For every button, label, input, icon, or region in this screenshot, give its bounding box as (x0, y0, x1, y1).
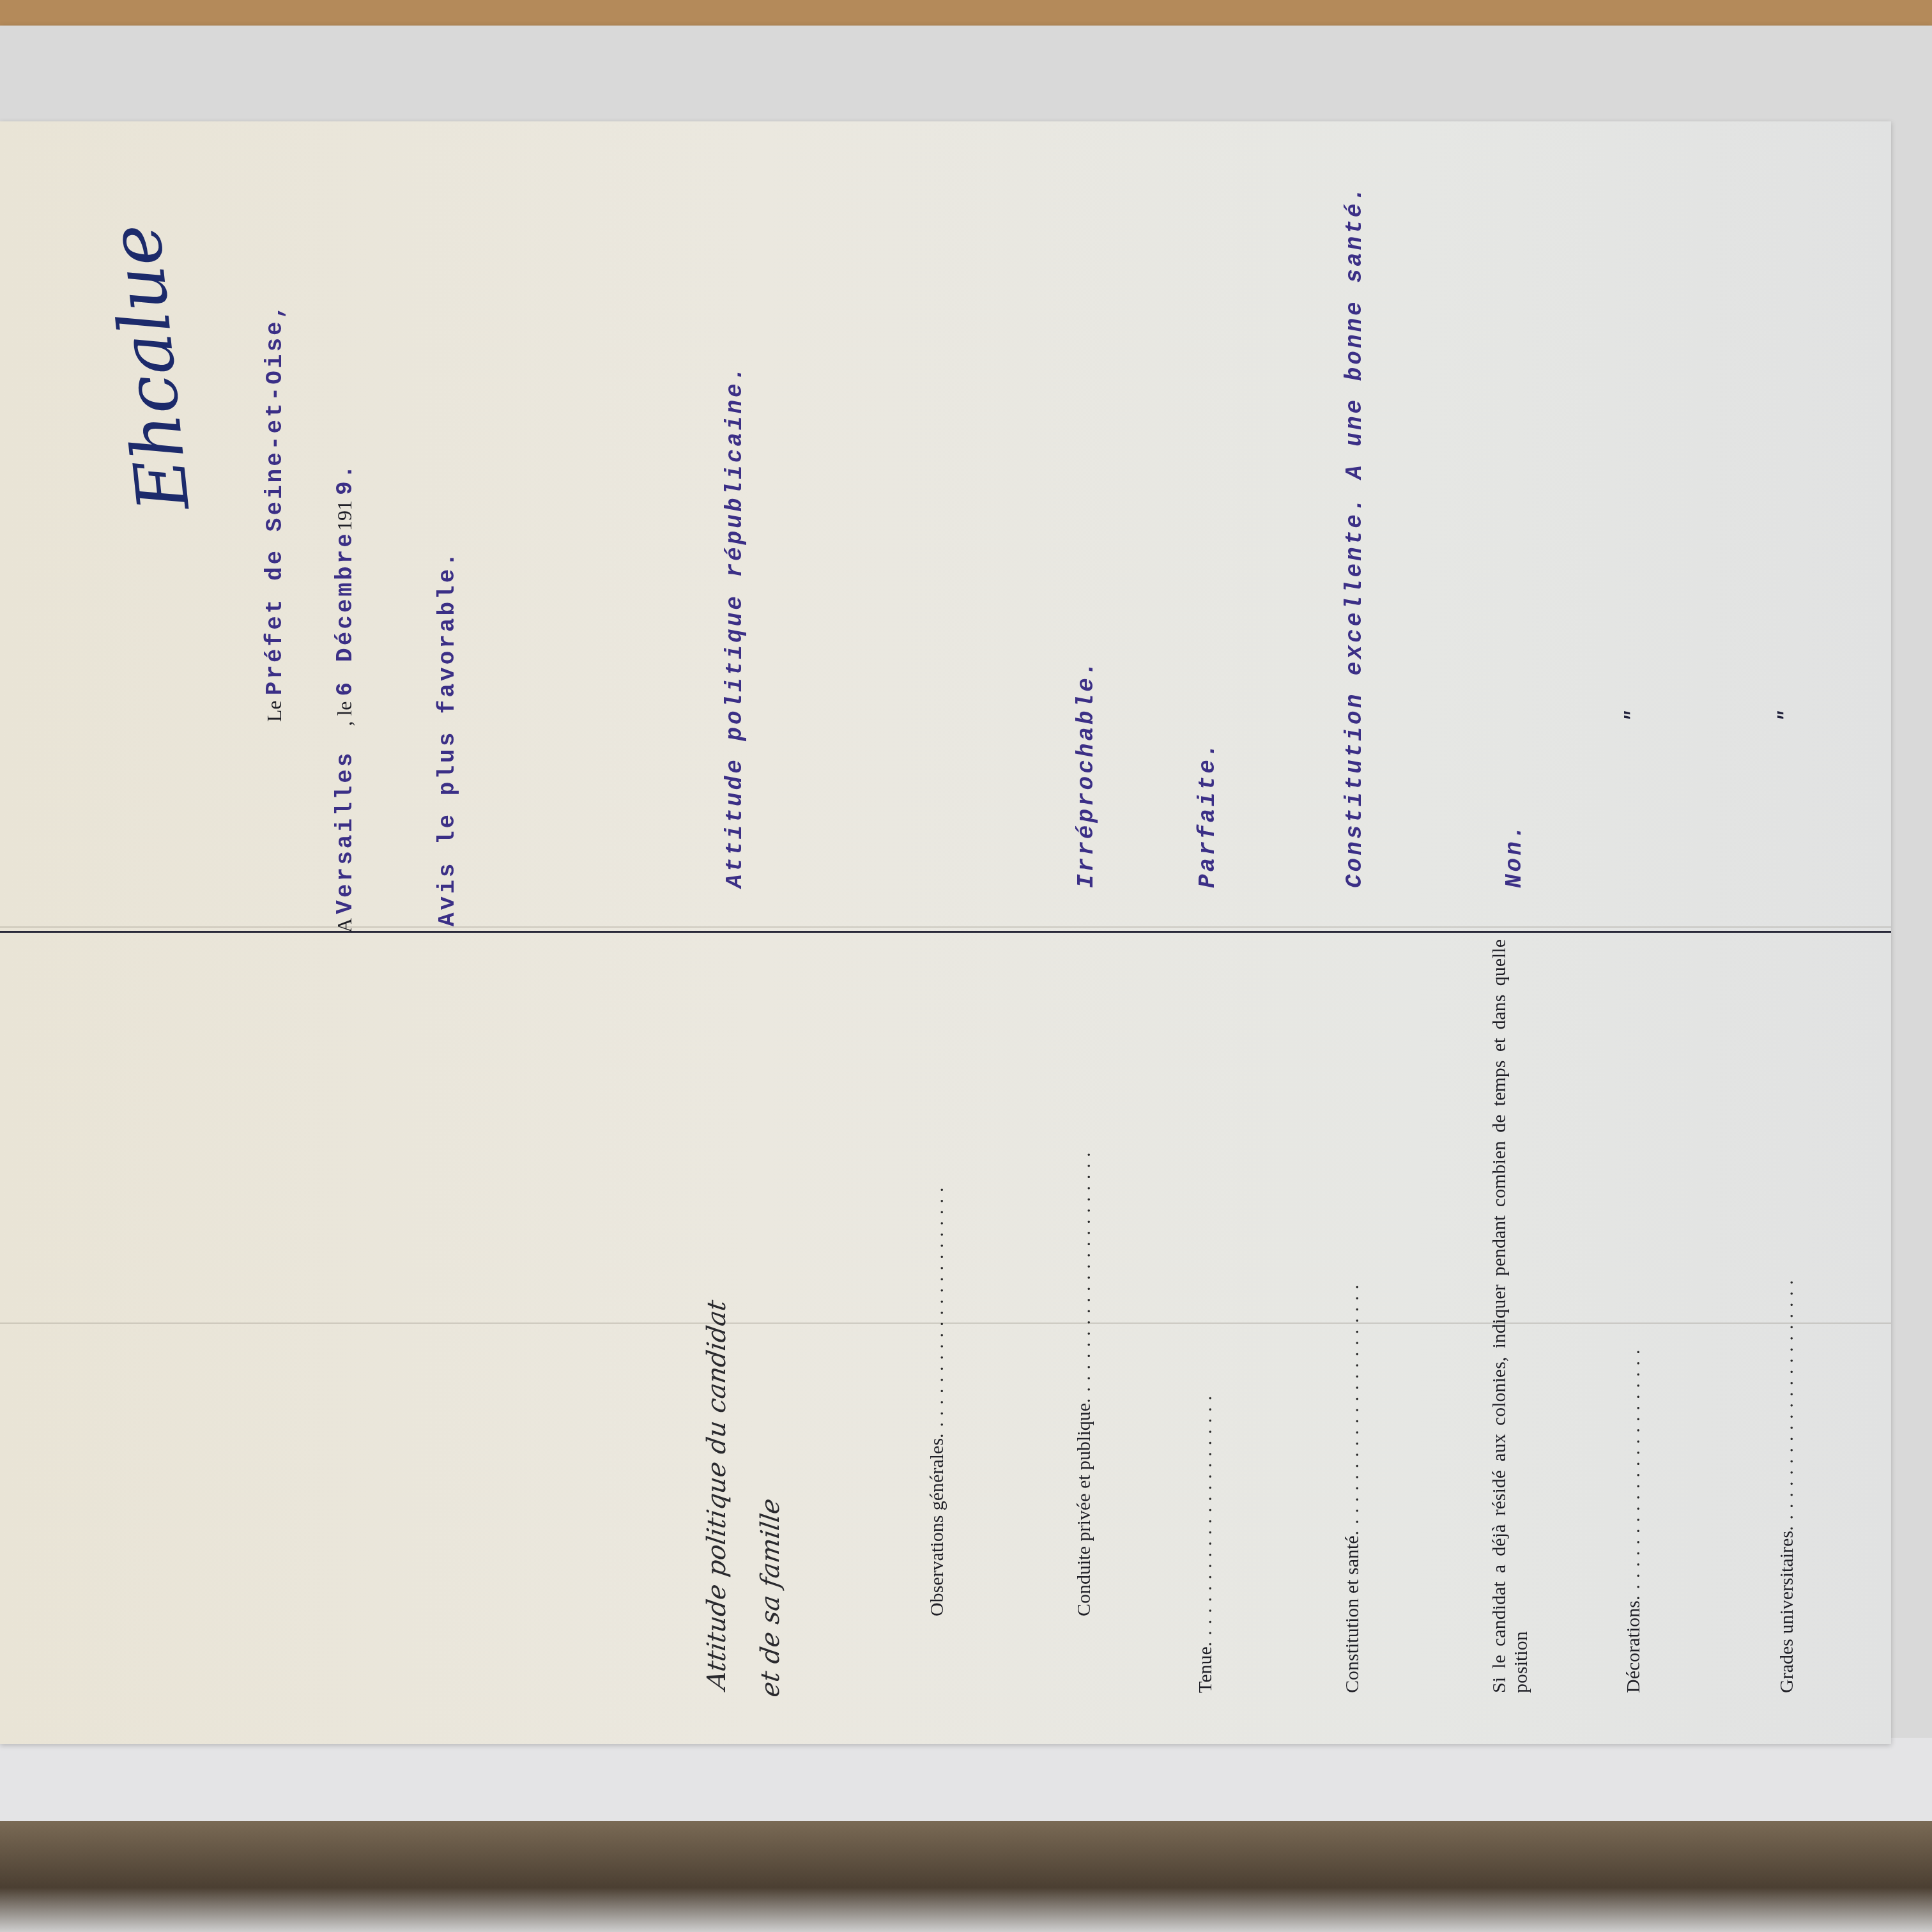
handwritten-note: Attitude politique du candidat et de sa … (690, 919, 797, 1701)
desk-shadow (0, 1821, 1932, 1932)
field-label: Grades universitaires...................… (1776, 939, 1798, 1693)
opinion-text: Avis le plus favorable. (434, 172, 461, 926)
field-value: Non. (1501, 134, 1528, 888)
field-label: Observations générales..................… (926, 862, 948, 1616)
political-attitude-value: Attitude politique républicaine. (722, 134, 748, 888)
field-label: Conduite privée et publique.............… (1073, 862, 1095, 1616)
field-label: Si le candidat a déjà résidé aux colonie… (1489, 939, 1532, 1693)
field-label: Tenue....................... (1195, 939, 1216, 1693)
signature: Ehcalue (94, 220, 205, 514)
field-value: Parfaite. (1195, 134, 1221, 888)
place-date-line: A Versailles , le 6 Décembre191 9. (332, 463, 358, 933)
field-label: Constitution et santé...................… (1342, 939, 1363, 1693)
field-value: " (1776, 0, 1798, 722)
field-value: Irréprochable. (1073, 134, 1100, 888)
background-sheet-lower (0, 1738, 1932, 1834)
rotated-page-content: Grades universitaires...................… (0, 121, 1891, 1744)
field-value: " (1623, 0, 1644, 722)
field-value: Constitution excellente. A une bonne san… (1342, 134, 1368, 888)
signatory-line: Le Préfet de Seine-et-Oise, (262, 303, 288, 722)
field-label: Décorations....................... (1623, 939, 1644, 1693)
